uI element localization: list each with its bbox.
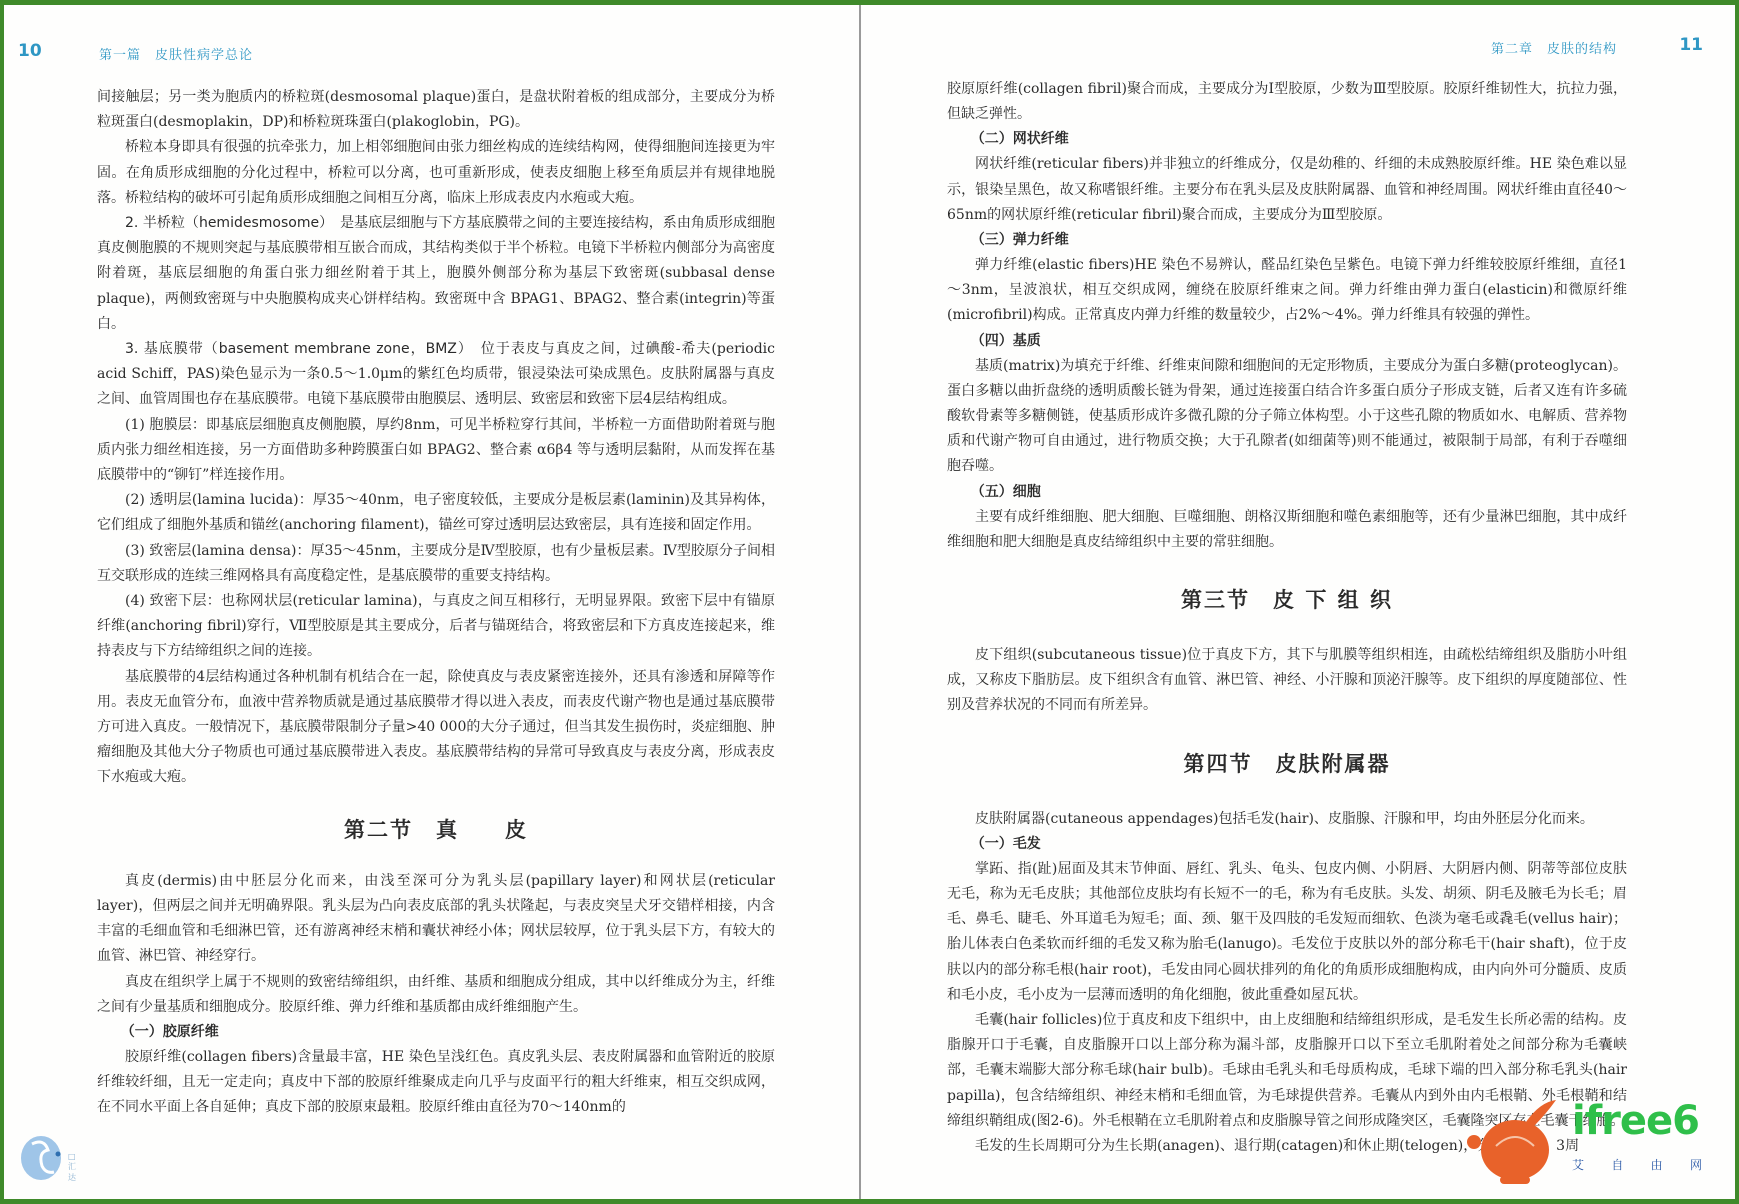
right-page: 第二章 皮肤的结构 11 胶原原纤维(collagen fibril)聚合而成，… — [862, 5, 1735, 1199]
watermark-brand: ifree6 — [1572, 1098, 1699, 1144]
leaf-logo-icon — [18, 1132, 64, 1182]
paragraph: 真皮(dermis)由中胚层分化而来，由浅至深可分为乳头层(papillary … — [97, 869, 775, 970]
paragraph: 皮下组织(subcutaneous tissue)位于真皮下方，其下与肌膜等组织… — [947, 643, 1627, 719]
watermark-subtitle: 艾 自 由 网 — [1572, 1156, 1702, 1173]
right-running-title: 第二章 皮肤的结构 — [1491, 38, 1617, 57]
paragraph: 基质(matrix)为填充于纤维、纤维束间隙和细胞间的无定形物质，主要成分为蛋白… — [947, 354, 1627, 480]
right-running-head: 第二章 皮肤的结构 11 — [862, 35, 1735, 59]
item-heading: 3. 基底膜带（basement membrane zone，BMZ） — [125, 341, 466, 357]
subsection-heading: （五）细胞 — [947, 480, 1627, 505]
rabbit-logo-icon — [1460, 1098, 1570, 1188]
subsection-heading: （三）弹力纤维 — [947, 228, 1627, 253]
left-page: 10 第一篇 皮肤性病学总论 间接触层；另一类为胞质内的桥粒斑(desmosom… — [4, 5, 860, 1199]
left-running-title: 第一篇 皮肤性病学总论 — [99, 44, 253, 63]
paragraph: 胶原纤维(collagen fibers)含量最丰富，HE 染色呈浅红色。真皮乳… — [97, 1045, 775, 1121]
left-text-column: 间接触层；另一类为胞质内的桥粒斑(desmosomal plaque)蛋白，是盘… — [97, 85, 775, 1121]
logo-caption: □ 汇达 — [68, 1152, 76, 1183]
item-heading: 2. 半桥粒（hemidesmosome） — [125, 215, 326, 231]
subsection-heading: （二）网状纤维 — [947, 127, 1627, 152]
paragraph: 间接触层；另一类为胞质内的桥粒斑(desmosomal plaque)蛋白，是盘… — [97, 85, 775, 135]
page-gutter — [859, 5, 861, 1199]
watermark-char: 网 — [1690, 1156, 1702, 1173]
paragraph: 基底膜带的4层结构通过各种机制有机结合在一起，除使真皮与表皮紧密连接外，还具有渗… — [97, 665, 775, 791]
left-page-number: 10 — [18, 41, 42, 61]
paragraph: 弹力纤维(elastic fibers)HE 染色不易辨认，醛品红染色呈紫色。电… — [947, 253, 1627, 329]
paragraph: (2) 透明层(lamina lucida)：厚35～40nm，电子密度较低，主… — [97, 488, 775, 538]
numbered-item: 3. 基底膜带（basement membrane zone，BMZ） 位于表皮… — [97, 337, 775, 413]
paragraph: 主要有成纤维细胞、肥大细胞、巨噬细胞、朗格汉斯细胞和噬色素细胞等，还有少量淋巴细… — [947, 505, 1627, 555]
paragraph: (1) 胞膜层：即基底层细胞真皮侧胞膜，厚约8nm，可见半桥粒穿行其间，半桥粒一… — [97, 413, 775, 489]
paragraph: 桥粒本身即具有很强的抗牵张力，加上相邻细胞间由张力细丝构成的连续结构网，使得细胞… — [97, 135, 775, 211]
watermark-char: 艾 — [1572, 1156, 1584, 1173]
ifree6-watermark: ifree6 艾 自 由 网 — [1460, 1098, 1730, 1188]
section-title: 第二节 真 皮 — [97, 799, 775, 861]
paragraph: (4) 致密下层：也称网状层(reticular lamina)，与真皮之间互相… — [97, 589, 775, 665]
subsection-heading: （一）毛发 — [947, 832, 1627, 857]
paragraph: 皮肤附属器(cutaneous appendages)包括毛发(hair)、皮脂… — [947, 807, 1627, 832]
left-running-head: 10 第一篇 皮肤性病学总论 — [4, 35, 860, 59]
subsection-heading: （四）基质 — [947, 329, 1627, 354]
right-text-column: 胶原原纤维(collagen fibril)聚合而成，主要成分为Ⅰ型胶原，少数为… — [947, 77, 1627, 1159]
publisher-logo: □ 汇达 — [18, 1132, 64, 1182]
subsection-heading: （一）胶原纤维 — [97, 1020, 775, 1045]
section-title: 第四节 皮肤附属器 — [947, 735, 1627, 793]
section-title: 第三节 皮 下 组 织 — [947, 571, 1627, 629]
paragraph: 网状纤维(reticular fibers)并非独立的纤维成分，仅是幼稚的、纤细… — [947, 152, 1627, 228]
item-text: 是基底层细胞与下方基底膜带之间的主要连接结构，系由角质形成细胞真皮侧胞膜的不规则… — [97, 215, 775, 332]
watermark-char: 自 — [1611, 1156, 1623, 1173]
paragraph: 掌跖、指(趾)屈面及其末节伸面、唇红、乳头、龟头、包皮内侧、小阴唇、大阴唇内侧、… — [947, 857, 1627, 1008]
numbered-item: 2. 半桥粒（hemidesmosome） 是基底层细胞与下方基底膜带之间的主要… — [97, 211, 775, 337]
paragraph: 真皮在组织学上属于不规则的致密结缔组织，由纤维、基质和细胞成分组成，其中以纤维成… — [97, 970, 775, 1020]
right-page-number: 11 — [1679, 35, 1703, 55]
watermark-char: 由 — [1651, 1156, 1663, 1173]
paragraph: (3) 致密层(lamina densa)：厚35～45nm，主要成分是Ⅳ型胶原… — [97, 539, 775, 589]
paragraph: 胶原原纤维(collagen fibril)聚合而成，主要成分为Ⅰ型胶原，少数为… — [947, 77, 1627, 127]
